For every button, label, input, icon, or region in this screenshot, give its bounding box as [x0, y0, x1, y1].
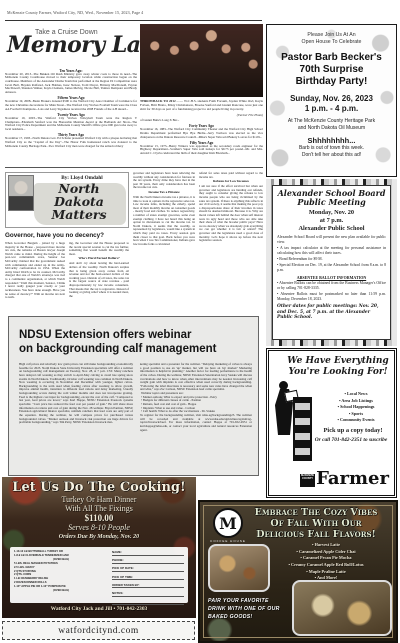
notice-date: Monday, Nov. 20	[277, 209, 386, 217]
memory-lane-left-column: Ten Years Ago: November 20, 2013...The B…	[5, 67, 137, 149]
join-line1: Please Join Us At An	[270, 32, 393, 39]
coffee-flavor-list: • Harvest Latte • Caramelized Apple Cide…	[258, 542, 394, 582]
column-text-4: refund for sales taxes paid without rega…	[199, 172, 263, 243]
newspaper-page: McKenzie County Farmer, Watford City, ND…	[0, 0, 400, 643]
column-text-2: ing, the Governor and the House proposed…	[69, 242, 129, 298]
turkey-ad-serves: Serves 8-10 People	[2, 523, 196, 532]
event-date: Sunday, Nov. 26, 2023	[270, 94, 393, 104]
farmer-logo-wordmark: Farmer	[316, 471, 389, 487]
ndsu-column-1: High calf prices and relatively low grai…	[19, 363, 133, 425]
turkey-order-panel: 1-10-12 LB BUTTERBALL TURKEY OR 1-8-9 LB…	[10, 547, 188, 603]
form-field-notes: NOTES:	[112, 591, 184, 597]
notice-title-line2: Public Meeting	[277, 198, 386, 207]
turkey-ad-due-date: Orders Due By Monday, Nov. 20	[2, 534, 196, 540]
farmer-ad-phone: Or call 701-842-2351 to suscribe	[305, 437, 397, 443]
event-line2: Birthday Party!	[270, 76, 393, 88]
school-board-notice-content: Alexander School Board Public Meeting Mo…	[272, 185, 391, 340]
menu-item: (OVEN BAG)	[14, 589, 108, 593]
turkey-ad-store-phone: Watford City Jack and Jill • 701-842-230…	[2, 606, 196, 612]
turkey-ad-price: $110.00	[2, 513, 196, 523]
ndsu-headline: NDSU Extension offers webinar on backgro…	[19, 328, 254, 356]
school-board-notice: Alexander School Board Public Meeting Mo…	[266, 179, 397, 346]
section-body: November 20, 2013...The Bakken Oil Rush …	[5, 73, 137, 95]
notice-bullet: • Special Election on Dec. 19, at the Al…	[277, 263, 386, 272]
section-body: November 15, 1973...Henry Winters was ap…	[140, 145, 263, 156]
photo-credit: (Farmer File Photo)	[140, 113, 263, 117]
photo-caption: THROWBACK TO 2012 ........ W.C.H.S. stud…	[140, 100, 263, 112]
ndsu-col2-text: keting specialist and a presenter for th…	[140, 362, 252, 391]
flavor-item: • Harvest Latte	[258, 542, 394, 549]
col4-lead: refund for sales taxes paid without rega…	[199, 171, 263, 179]
flavor-item: • Creamy Caramel Apple Red Bull/Lotus	[258, 562, 394, 569]
ndsu-article: NDSU Extension offers webinar on backgro…	[8, 316, 259, 476]
farmer-ad-title: We Have Everything You're Looking For!	[279, 356, 397, 378]
shh-text: Shhhhhhhh...	[270, 136, 393, 145]
column-headline: Governor, have you no decency?	[5, 232, 131, 239]
website-banner: watfordcitynd.com	[2, 621, 195, 640]
col3-body: With the North Dakota income tax a pitta…	[133, 195, 195, 246]
masthead-rule	[5, 20, 262, 21]
ndsu-col2-end: To register for the backgrounding webina…	[140, 413, 252, 432]
column-text-1: When Governor Burgum - joined by a huge …	[5, 242, 65, 300]
farmer-logo: McKENZIE COUNTY Farmer	[300, 471, 389, 487]
event-line1: 70th Surprise	[270, 64, 393, 76]
notice-footer: Other dates for public meetings: Nov. 20…	[277, 304, 386, 321]
throwback-photo	[140, 24, 263, 97]
turkey-ad-sub1: Turkey Or Ham Dinner	[2, 495, 196, 504]
memory-lane-section: Take a Cruise Down Memory Lane Ten Years…	[5, 23, 263, 167]
col2-lead: ing, the Governor and the House proposed…	[69, 241, 129, 256]
venue-line1: At The McKenzie County Heritage Park	[270, 118, 393, 125]
flavor-item: • Caramel Pecan Pie Mocha	[258, 555, 394, 562]
coffee-title-line3: Delicious Fall Flavors!	[238, 530, 394, 541]
absentee-bullet: • Absentee Ballots must be postmarked no…	[277, 292, 386, 301]
column-text-3: governor and legislators have been relie…	[133, 172, 195, 246]
section-continuation: of Gianni Butte's Long X Bar...	[140, 119, 263, 123]
newsstand-shelf	[295, 403, 310, 410]
notice-intro: Alexander School Board will present the …	[277, 235, 386, 244]
farmer-ad-features: • Local News • Area Job Listings • Schoo…	[317, 391, 395, 424]
section-body: November 16, 1983...The Watford City Com…	[140, 128, 263, 139]
col4-body: I am not sure if the effort survived but…	[199, 184, 263, 242]
section-body: November 17, 1993...North Dakota Gov. Ed…	[5, 137, 137, 148]
join-line2: Open House To Celebrate	[270, 39, 393, 46]
flavor-item: • Caramelized Apple Cider Chai	[258, 549, 394, 556]
coffee-house-ad: M COFFEE HOUSE Embrace The Cozy Vibes Of…	[198, 500, 398, 643]
notice-bullet: • Bond Referendum for $9 M.	[277, 257, 386, 262]
section-body: November 19, 2008...Basin Brokers donate…	[5, 100, 137, 111]
newsstand-shelf	[295, 448, 310, 455]
form-field-pickup-date: PICK UP DATE:	[112, 566, 184, 572]
turkey-ad-title: Let Us Do The Cooking!	[2, 480, 196, 495]
birthday-ad-content: Please Join Us At An Open House To Celeb…	[270, 32, 393, 158]
silhouette-head	[279, 381, 288, 390]
flavor-item: • Maple Praline Latte	[258, 569, 394, 576]
notice-location: Alexander Public School	[277, 225, 386, 233]
ndsu-headline-line1: NDSU Extension offers webinar	[19, 328, 254, 342]
ndsu-column-2: keting specialist and a presenter for th…	[140, 363, 252, 432]
notice-bullet: • A tax impact calculator at the meeting…	[277, 246, 386, 255]
form-field-phone: PHONE:	[112, 558, 184, 564]
farmer-ad-cta: Pick up a copy today!	[309, 427, 397, 434]
notice-time: at 7 p.m.	[277, 217, 386, 225]
farmer-ad-title-line2: You're Looking For!	[279, 367, 397, 378]
column-title: North Dakota Matters	[33, 182, 125, 221]
farmer-ad-title-line1: We Have Everything	[279, 356, 397, 367]
turkey-ad-sub2: With All The Fixings	[2, 504, 196, 513]
newsstand-shelf	[295, 418, 310, 425]
nd-matters-masthead: By: Lloyd Omdahl North Dakota Matters	[5, 172, 129, 228]
ndsu-headline-line2: on backgrounding calf management	[19, 342, 254, 356]
coffee-ad-title: Embrace The Cozy Vibes Of Fall With Our …	[238, 508, 394, 541]
form-field-name: NAME:	[112, 550, 184, 556]
form-field-order-taken-by: ORDER TAKEN BY:	[112, 583, 184, 589]
form-field-blank-line	[112, 599, 184, 605]
venue-line2: and North Dakota Oil Museum	[270, 125, 393, 132]
memory-lane-right-column: THROWBACK TO 2012 ........ W.C.H.S. stud…	[140, 100, 263, 156]
turkey-order-form: NAME: PHONE: PICK UP DATE: PICK UP TIME:…	[112, 550, 184, 607]
event-time: 1 p.m. - 4 p.m.	[270, 104, 393, 114]
nd-matters-column: By: Lloyd Omdahl North Dakota Matters Go…	[5, 167, 263, 315]
form-field-pickup-time: PICK UP TIME:	[112, 575, 184, 581]
turkey-dinner-ad: Let Us Do The Cooking! Turkey Or Ham Din…	[2, 477, 196, 618]
newspaper-reader-silhouette	[273, 381, 315, 467]
col2-body: And don't cry about leaving the hard-ear…	[69, 261, 129, 297]
secret-line2: Don't tell her about this ad!	[270, 152, 393, 159]
latte-drinks-photo	[292, 580, 392, 636]
absentee-bullet: • Absentee Ballots can be obtained from …	[277, 281, 386, 290]
col3-lead: governor and legislators have been relie…	[133, 171, 195, 189]
section-body: November 19, 2003...The Watford City Wol…	[5, 117, 137, 132]
feature-item: • Community Events	[317, 417, 395, 424]
masthead: McKenzie County Farmer, Watford City, ND…	[7, 10, 143, 15]
farmer-logo-badge: McKENZIE COUNTY	[300, 474, 315, 487]
farmer-subscribe-ad: We Have Everything You're Looking For! •…	[266, 348, 397, 498]
absentee-ballot-heading: ABSENTEE BALLOT INFORMATION	[277, 275, 386, 280]
turkey-menu-list: 1-10-12 LB BUTTERBALL TURKEY OR 1-8-9 LB…	[14, 550, 108, 593]
coffee-pair-text: Pair your favorite drink with one of our…	[208, 598, 288, 621]
birthday-party-ad: Please Join Us At An Open House To Celeb…	[266, 24, 397, 177]
website-url: watfordcitynd.com	[58, 626, 139, 636]
columnist-headshot-photo	[8, 175, 34, 211]
honoree-name: Pastor Barb Becker's	[270, 52, 393, 64]
